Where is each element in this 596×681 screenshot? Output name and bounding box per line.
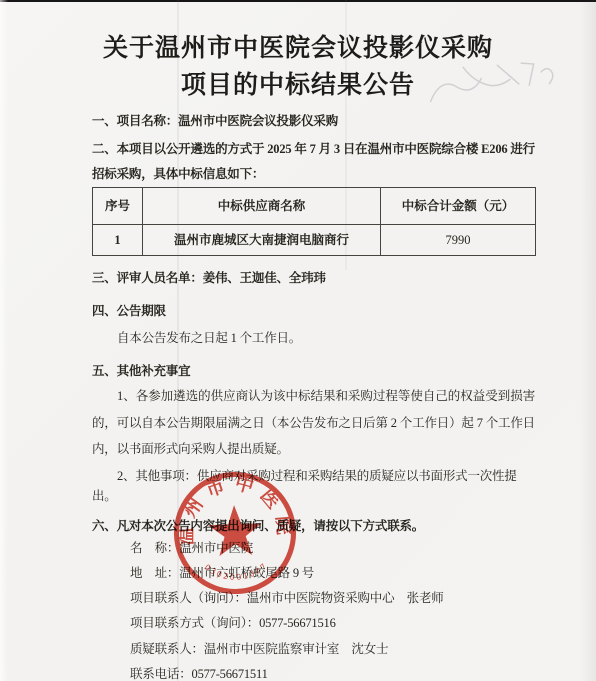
- section-5-paragraph-1: 1、各参加遴选的供应商认为该中标结果和采购过程等使自己的权益受到损害的，可以自本…: [92, 383, 535, 463]
- header-cell-amount: 中标合计金额（元）: [381, 188, 536, 225]
- seal-star-icon: [208, 504, 263, 556]
- seal-code-text: 0302001007: [203, 560, 271, 583]
- official-seal: 温州市中医院 0302001007: [168, 466, 302, 600]
- contact-label: 项目联系方式（询问）：: [130, 616, 259, 630]
- contact-value: 0577-56671511: [192, 667, 268, 681]
- contact-label: 质疑联系人：: [130, 642, 204, 656]
- scanned-notice-page: 关于温州市中医院会议投影仪采购 项目的中标结果公告 一、项目名称：温州市中医院会…: [0, 0, 596, 681]
- cell-amount: 7990: [381, 225, 536, 256]
- section-1-project-name: 一、项目名称：温州市中医院会议投影仪采购: [92, 111, 535, 131]
- header-cell-supplier: 中标供应商名称: [143, 188, 381, 225]
- header-cell-seq: 序号: [93, 188, 143, 225]
- contact-label: 联系电话：: [130, 667, 192, 681]
- contact-row-phone: 联系电话：0577-56671511: [130, 662, 535, 681]
- section-6-heading: 六、凡对本次公告内容提出询问、质疑，请按以下方式联系。: [92, 516, 535, 536]
- section-4-body: 自本公告发布之日起 1 个工作日。: [92, 328, 535, 348]
- cell-supplier: 温州市鹿城区大南捷润电脑商行: [143, 225, 381, 256]
- table-header-row: 序号 中标供应商名称 中标合计金额（元）: [93, 188, 536, 225]
- section-4-heading: 四、公告期限: [92, 301, 535, 321]
- section-5-paragraph-2: 2、其他事项：供应商对采购过程和采购结果的质疑应以书面形式一次性提出。: [92, 466, 535, 506]
- scan-edge-bar: [0, 0, 596, 2]
- cell-seq: 1: [93, 225, 143, 256]
- section-2-procurement-info: 二、本项目以公开遴选的方式于 2025 年 7 月 3 日在温州市中医院综合楼 …: [92, 137, 535, 187]
- svg-text:0302001007: 0302001007: [203, 560, 271, 583]
- table-row: 1 温州市鹿城区大南捷润电脑商行 7990: [93, 225, 536, 256]
- document-body: 一、项目名称：温州市中医院会议投影仪采购 二、本项目以公开遴选的方式于 2025…: [92, 105, 535, 681]
- contact-row-project-phone: 项目联系方式（询问）：0577-56671516: [130, 611, 535, 636]
- contact-row-challenge-contact: 质疑联系人：温州市中医院监察审计室 沈女士: [130, 637, 535, 662]
- contact-value: 温州市中医院监察审计室 沈女士: [204, 642, 389, 656]
- section-5-heading: 五、其他补充事宜: [92, 361, 535, 381]
- contact-value: 0577-56671516: [259, 616, 336, 630]
- bid-result-table: 序号 中标供应商名称 中标合计金额（元） 1 温州市鹿城区大南捷润电脑商行 79…: [92, 187, 536, 256]
- contact-info-block: 名 称：温州市中医院 地 址：温州市六虹桥蛟尾路 9 号 项目联系人（询问）：温…: [92, 536, 535, 681]
- section-3-review-panel: 三、评审人员名单：姜伟、王迦佳、全玮玮: [92, 268, 535, 288]
